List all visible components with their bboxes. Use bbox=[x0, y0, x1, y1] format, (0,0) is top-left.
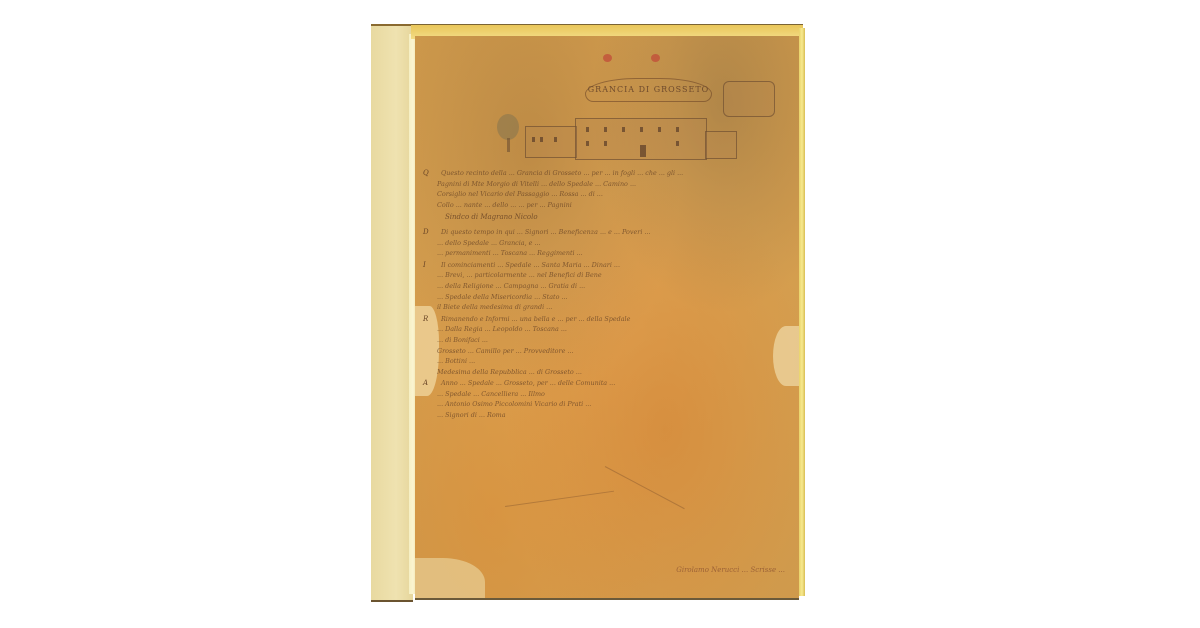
title-banner: GRANCIA DI GROSSETO bbox=[585, 78, 712, 102]
album-mount: GRANCIA DI GROSSETO bbox=[371, 24, 805, 598]
manuscript-page: GRANCIA DI GROSSETO bbox=[415, 36, 799, 600]
paragraph: R Rimanendo e Informi ... una bella e ..… bbox=[423, 314, 791, 378]
paper-crease bbox=[605, 466, 685, 509]
rose-ornament bbox=[603, 54, 673, 64]
heading: Sindco di Magrano Nicolo bbox=[423, 212, 791, 223]
manuscript-text: Q Questo recinto della ... Grancia di Gr… bbox=[423, 168, 791, 422]
building-drawing-left bbox=[525, 126, 577, 158]
rose-icon bbox=[651, 54, 660, 62]
signature: Girolamo Nerucci ... Scrisse ... bbox=[676, 566, 785, 574]
paragraph: D Di questo tempo in qui ... Signori ...… bbox=[423, 227, 791, 259]
building-drawing-main bbox=[575, 118, 707, 160]
paragraph: Q Questo recinto della ... Grancia di Gr… bbox=[423, 168, 791, 210]
building-drawing-wing bbox=[705, 131, 737, 159]
paper-crease bbox=[505, 491, 614, 507]
album-flap bbox=[371, 24, 413, 602]
paragraph: A Anno ... Spedale ... Grosseto, per ...… bbox=[423, 378, 791, 420]
gilt-right-edge bbox=[799, 28, 805, 596]
torn-corner bbox=[415, 558, 485, 598]
rose-icon bbox=[603, 54, 612, 62]
tree-drawing bbox=[497, 114, 519, 140]
tree-trunk bbox=[507, 138, 510, 152]
fortress-drawing bbox=[723, 81, 775, 117]
paragraph: I Il cominciamenti ... Spedale ... Santa… bbox=[423, 260, 791, 313]
header-illustration: GRANCIA DI GROSSETO bbox=[455, 56, 785, 166]
